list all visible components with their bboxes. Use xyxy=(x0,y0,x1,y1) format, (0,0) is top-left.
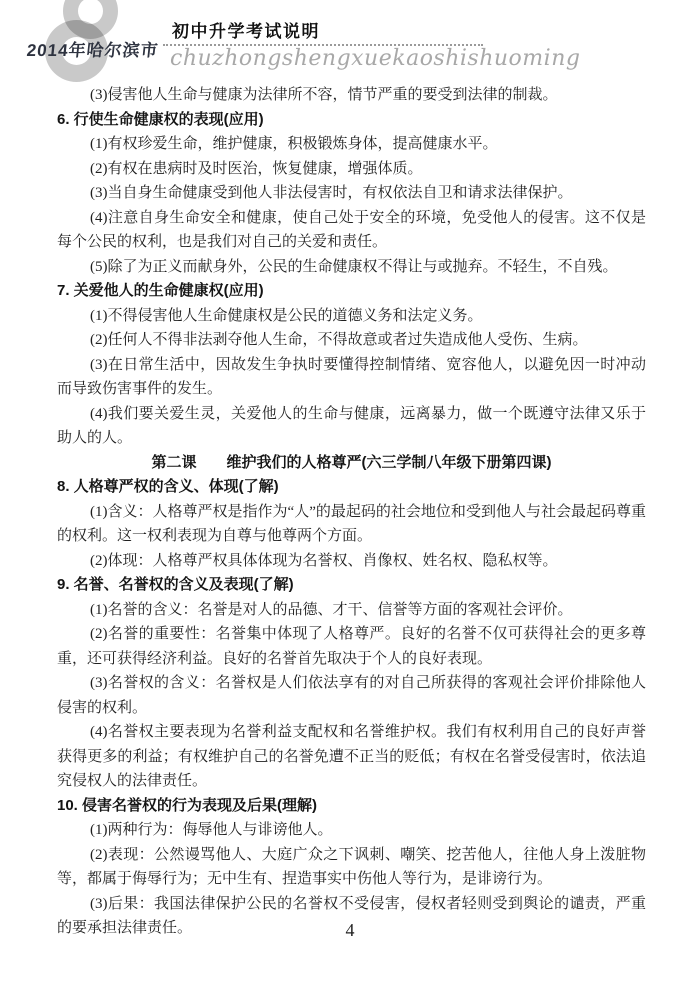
paragraph: (4)我们要关爱生灵，关爱他人的生命与健康，远离暴力，做一个既遵守法律又乐于助人… xyxy=(57,402,646,451)
section-heading: 第二课 维护我们的人格尊严(六三学制八年级下册第四课) xyxy=(57,451,646,476)
paragraph: (2)体现：人格尊严权具体体现为名誉权、肖像权、姓名权、隐私权等。 xyxy=(57,549,646,574)
page-title: 初中升学考试说明 xyxy=(172,17,320,42)
paragraph: (5)除了为正义而献身外，公民的生命健康权不得让与或抛弃。不轻生，不自残。 xyxy=(57,255,646,280)
paragraph: (1)名誉的含义：名誉是对人的品德、才干、信誉等方面的客观社会评价。 xyxy=(57,598,646,623)
item-heading: 9. 名誉、名誉权的含义及表现(了解) xyxy=(57,573,646,598)
paragraph: (3)名誉权的含义：名誉权是人们依法享有的对自己所获得的客观社会评价排除他人侵害… xyxy=(57,671,646,720)
paragraph: (2)表现：公然谩骂他人、大庭广众之下讽刺、嘲笑、挖苦他人，往他人身上泼脏物等，… xyxy=(57,843,646,892)
document-page: 2014年哈尔滨市 初中升学考试说明 chuzhongshengxuekaosh… xyxy=(0,0,700,986)
brand-year-city: 2014年哈尔滨市 xyxy=(26,36,160,61)
paragraph: (1)不得侵害他人生命健康权是公民的道德义务和法定义务。 xyxy=(57,304,646,329)
paragraph: (3)在日常生活中，因故发生争执时要懂得控制情绪、宽容他人，以避免因一时冲动而导… xyxy=(57,353,646,402)
page-number: 4 xyxy=(0,920,700,941)
paragraph: (1)两种行为：侮辱他人与诽谤他人。 xyxy=(57,818,646,843)
page-header: 2014年哈尔滨市 初中升学考试说明 chuzhongshengxuekaosh… xyxy=(0,0,700,86)
paragraph: (2)名誉的重要性：名誉集中体现了人格尊严。良好的名誉不仅可获得社会的更多尊重，… xyxy=(57,622,646,671)
paragraph: (3)侵害他人生命与健康为法律所不容，情节严重的要受到法律的制裁。 xyxy=(57,83,646,108)
paragraph: (2)任何人不得非法剥夺他人生命，不得故意或者过失造成他人受伤、生病。 xyxy=(57,328,646,353)
paragraph: (2)有权在患病时及时医治，恢复健康，增强体质。 xyxy=(57,157,646,182)
item-heading: 7. 关爱他人的生命健康权(应用) xyxy=(57,279,646,304)
paragraph: (1)含义：人格尊严权是指作为“人”的最起码的社会地位和受到他人与社会最起码尊重… xyxy=(57,500,646,549)
paragraph: (3)当自身生命健康受到他人非法侵害时，有权依法自卫和请求法律保护。 xyxy=(57,181,646,206)
paragraph: (4)名誉权主要表现为名誉利益支配权和名誉维护权。我们有权利用自己的良好声誉获得… xyxy=(57,720,646,794)
item-heading: 8. 人格尊严权的含义、体现(了解) xyxy=(57,475,646,500)
paragraph: (4)注意自身生命安全和健康，使自己处于安全的环境，免受他人的侵害。这不仅是每个… xyxy=(57,206,646,255)
header-pinyin-subtitle: chuzhongshengxuekaoshishuoming xyxy=(170,46,580,71)
content: (3)侵害他人生命与健康为法律所不容，情节严重的要受到法律的制裁。6. 行使生命… xyxy=(57,83,646,941)
item-heading: 10. 侵害名誉权的行为表现及后果(理解) xyxy=(57,794,646,819)
item-heading: 6. 行使生命健康权的表现(应用) xyxy=(57,108,646,133)
paragraph: (1)有权珍爱生命，维护健康，积极锻炼身体，提高健康水平。 xyxy=(57,132,646,157)
